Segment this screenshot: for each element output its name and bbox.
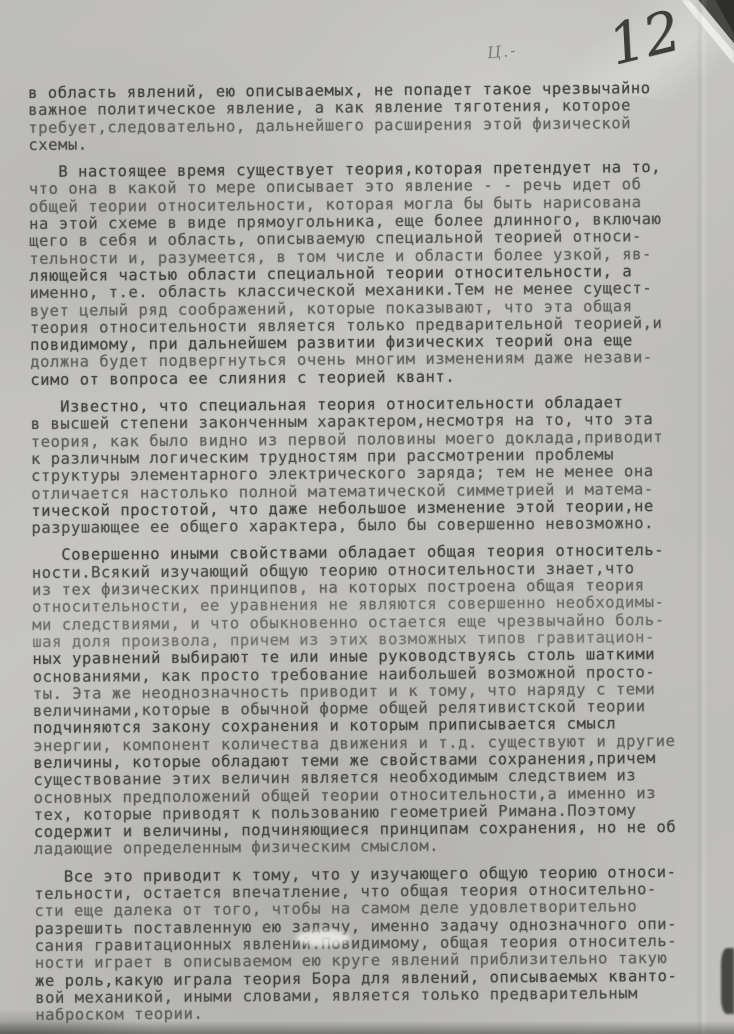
- correction-smudge: [296, 930, 350, 946]
- paragraph: в область явлений, ею описываемых, не по…: [28, 80, 723, 155]
- paragraph: В настоящее время существует теория,кото…: [29, 159, 725, 389]
- text-line: разрушающее ее общего характера, было бы…: [31, 515, 725, 538]
- text-line: наброском теории.: [35, 1002, 729, 1025]
- paragraph: Все это приводит к тому, что у изучающег…: [34, 863, 729, 1024]
- text-line: ладающие определенным физическим смыслом…: [34, 836, 728, 859]
- right-edge-shadow-blob: [721, 948, 734, 1014]
- paragraph: Совершенно иными свойствами обладает общ…: [32, 542, 728, 859]
- handwritten-page-number: 12: [602, 0, 687, 79]
- document-text: в область явлений, ею описываемых, не по…: [28, 80, 729, 1025]
- paragraph: Известно, что специальная теория относит…: [30, 394, 725, 538]
- scanned-document-page: Ц.- 12 в область явлений, ею описываемых…: [0, 0, 734, 1034]
- faint-corner-mark: Ц.-: [486, 40, 518, 62]
